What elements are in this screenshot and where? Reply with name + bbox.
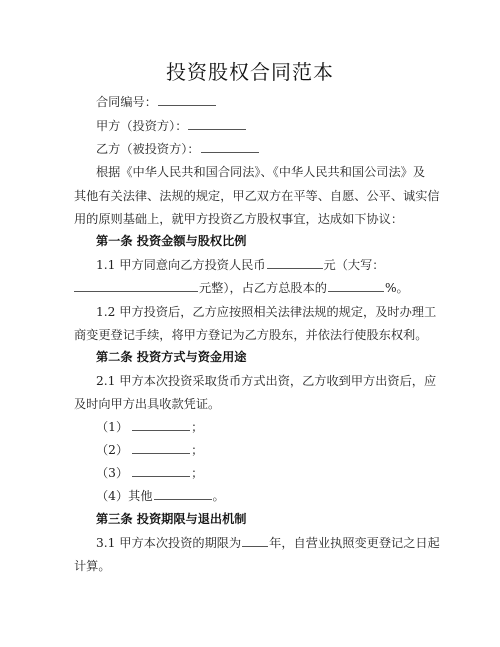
list-item-4: （4）其他。 <box>96 487 416 505</box>
party-b-label: 乙方（被投资方）： <box>96 142 200 156</box>
contract-number-label: 合同编号： <box>96 95 157 109</box>
list-item-4-label: （4）其他 <box>96 489 153 503</box>
list-item-2-label: （2） <box>96 443 128 457</box>
document-page: 投资股权合同范本 合同编号： 甲方（投资方）： 乙方（被投资方）： 根据《中华人… <box>0 0 500 647</box>
amount-in-words-blank[interactable] <box>74 279 198 292</box>
investment-amount-blank[interactable] <box>267 256 323 269</box>
term-years-blank[interactable] <box>242 534 268 547</box>
party-b-blank[interactable] <box>201 140 259 153</box>
equity-percent-blank[interactable] <box>328 279 384 292</box>
list-item-2-blank[interactable] <box>132 441 190 454</box>
list-item-1: （1）； <box>96 418 416 436</box>
clause-3-1-line-1: 3.1 甲方本次投资的期限为年，自营业执照变更登记之日起 <box>96 534 416 552</box>
list-item-2-end: ； <box>191 443 203 457</box>
clause-3-1-line-2: 计算。 <box>74 557 416 575</box>
clause-1-2-line-1: 1.2 甲方投资后，乙方应按照相关法律法规的规定，及时办理工 <box>96 303 416 321</box>
clause-1-1-line2-mid: 元整），占乙方总股本的 <box>199 281 327 295</box>
contract-number-field: 合同编号： <box>96 93 416 111</box>
clause-3-1-suffix: 年，自营业执照变更登记之日起 <box>269 536 440 550</box>
list-item-1-blank[interactable] <box>132 418 190 431</box>
contract-number-blank[interactable] <box>158 93 216 106</box>
document-title: 投资股权合同范本 <box>0 58 500 86</box>
clause-1-1-line-1: 1.1 甲方同意向乙方投资人民币元（大写： <box>96 256 416 274</box>
list-item-1-end: ； <box>191 420 203 434</box>
article-2-heading: 第二条 投资方式与资金用途 <box>96 348 416 366</box>
clause-1-1-prefix: 1.1 甲方同意向乙方投资人民币 <box>96 258 266 272</box>
party-a-field: 甲方（投资方）： <box>96 117 416 135</box>
party-a-label: 甲方（投资方）： <box>96 119 187 133</box>
party-b-field: 乙方（被投资方）： <box>96 140 416 158</box>
list-item-2: （2）； <box>96 441 416 459</box>
party-a-blank[interactable] <box>188 117 246 130</box>
clause-1-2-line-2: 商变更登记手续，将甲方登记为乙方股东，并依法行使股东权利。 <box>74 326 416 344</box>
list-item-3-blank[interactable] <box>132 464 190 477</box>
preamble-line-2: 其他有关法律、法规的规定，甲乙双方在平等、自愿、公平、诚实信 <box>74 187 416 205</box>
clause-1-1-line2-end: %。 <box>385 281 409 295</box>
clause-3-1-prefix: 3.1 甲方本次投资的期限为 <box>96 536 241 550</box>
list-item-3-label: （3） <box>96 466 128 480</box>
list-item-1-label: （1） <box>96 420 128 434</box>
list-item-4-blank[interactable] <box>154 487 212 500</box>
article-1-heading: 第一条 投资金额与股权比例 <box>96 232 416 250</box>
article-3-heading: 第三条 投资期限与退出机制 <box>96 510 416 528</box>
clause-1-1-mid: 元（大写： <box>324 258 385 272</box>
preamble-line-1: 根据《中华人民共和国合同法》、《中华人民共和国公司法》及 <box>96 163 416 181</box>
list-item-4-end: 。 <box>213 489 225 503</box>
preamble-line-3: 用的原则基础上，就甲方投资乙方股权事宜，达成如下协议： <box>74 210 416 228</box>
clause-2-1-line-1: 2.1 甲方本次投资采取货币方式出资，乙方收到甲方出资后，应 <box>96 372 416 390</box>
list-item-3-end: ； <box>191 466 203 480</box>
list-item-3: （3）； <box>96 464 416 482</box>
clause-2-1-line-2: 及时向甲方出具收款凭证。 <box>74 395 416 413</box>
clause-1-1-line-2: 元整），占乙方总股本的%。 <box>74 279 416 297</box>
